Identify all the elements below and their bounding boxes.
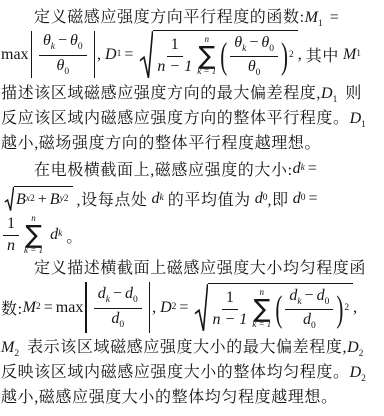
sigma-icon: ∑: [253, 298, 270, 319]
d-deviation-fraction: dk−d0 d0: [94, 285, 142, 330]
var-d: d: [125, 285, 133, 302]
var-d: d: [293, 160, 301, 178]
var-theta: θ: [70, 32, 78, 49]
radicand: 1 n − 1 n ∑ k = 1 ( θk−θ0 θ0 ) 2: [153, 30, 297, 80]
p1-desc1-text: 描述该区域磁感应强度方向的最大偏差程度,: [1, 85, 321, 102]
max-operator: max: [56, 299, 84, 317]
summation-lower-limit: k = 1: [197, 67, 216, 77]
sigma-icon: ∑: [198, 45, 215, 66]
theta-deviation-fraction: θk−θ0 θ0: [230, 34, 278, 79]
fraction-numerator: θk−θ0: [39, 32, 87, 56]
var-D: D: [156, 299, 172, 317]
var-d: d: [251, 190, 263, 208]
absolute-value-bar: [31, 31, 32, 78]
absolute-value-bar: [94, 31, 95, 78]
var-M: M: [23, 299, 36, 317]
var-M: M: [339, 46, 356, 64]
fraction-denominator: d0: [111, 309, 124, 331]
paragraph3-line1: 定义描述横截面上磁感应强度大小均匀程度函: [1, 256, 382, 281]
minus-operator: −: [302, 287, 317, 304]
equals-sign: =: [41, 299, 56, 317]
var-D: D: [347, 339, 359, 356]
summation: n ∑ k = 1: [197, 35, 216, 76]
paragraph1-line1: 定义磁感应强度方向平行程度的函数:M1 =: [1, 5, 382, 30]
subscript-0: 0: [119, 320, 124, 330]
subscript-1: 1: [333, 95, 338, 105]
theta-deviation-fraction: θk−θ0 θ0: [39, 32, 87, 77]
var-theta: θ: [248, 58, 256, 75]
var-theta: θ: [234, 34, 242, 51]
var-D: D: [101, 46, 117, 64]
equals-sign: =: [121, 46, 136, 64]
equals-sign: =: [305, 160, 320, 178]
subscript-0: 0: [311, 321, 316, 331]
subscript-0: 0: [269, 44, 274, 54]
subscript-0: 0: [78, 42, 83, 52]
parenthesized-squared-term: ( dk−d0 d0 ) 2: [274, 287, 349, 332]
among-which-text: 其中: [302, 43, 339, 66]
d-deviation-fraction: dk−d0 d0: [285, 287, 333, 332]
plus-operator: +: [35, 191, 50, 209]
radical-sign-icon: [194, 283, 208, 333]
radicand: Bx2 + By2: [14, 186, 73, 212]
formula-M1-D1: max θk−θ0 θ0 , D1 = 1 n − 1 n: [1, 31, 382, 78]
subscript-1: 1: [361, 120, 366, 130]
summation: n ∑ k = 1: [24, 214, 43, 255]
radicand: 1 n − 1 n ∑ k = 1 ( dk−d0 d0 ) 2: [208, 283, 353, 333]
subscript-2: 2: [14, 349, 19, 359]
p3-desc3-text: 越小,磁感应强度大小的整体均匀程度越理想。: [1, 389, 338, 406]
p2-mid1-text: ,设每点处: [73, 187, 148, 210]
paragraph3-line3: M2 表示该区域磁感应强度大小的最大偏差程度,D2: [1, 335, 382, 360]
right-parenthesis: ): [280, 38, 289, 75]
summation-lower-limit: k = 1: [252, 320, 271, 330]
var-d: d: [98, 285, 106, 302]
paragraph1-line4: 反应该区域内磁感应强度方向的整体平行程度。D1: [1, 106, 382, 131]
parenthesized-squared-term: ( θk−θ0 θ0 ) 2: [219, 34, 293, 79]
comma: ,: [353, 299, 357, 317]
fraction-denominator: n − 1: [212, 310, 247, 329]
var-M: M: [1, 339, 14, 356]
paragraph2-line3: 1 n n ∑ k = 1 dk 。: [1, 214, 382, 256]
subscript-2: 2: [359, 349, 364, 359]
exponent-2: 2: [344, 304, 349, 314]
sigma-icon: ∑: [25, 224, 42, 245]
absolute-value-bar: [85, 282, 86, 333]
paragraph2-line1: 在电极横截面上,磁感应强度的大小:dk =: [1, 156, 382, 181]
equals-sign: =: [305, 190, 320, 208]
summation-lower-limit: k = 1: [24, 246, 43, 256]
var-d: d: [303, 311, 311, 328]
var-theta: θ: [43, 32, 51, 49]
var-d: d: [148, 190, 160, 208]
exponent-2: 2: [289, 51, 294, 61]
var-d: d: [46, 226, 58, 244]
var-D: D: [350, 364, 362, 381]
p2-mid2-text: 的平均值为: [164, 187, 251, 210]
formula-M2-D2: 数: M2 = max dk−d0 d0 , D2 = 1 n − 1: [1, 282, 382, 333]
p1-desc3-text: 越小,磁场强度方向的整体平行程度越理想。: [1, 135, 321, 152]
exponent-2: 2: [64, 195, 69, 205]
var-d: d: [289, 190, 301, 208]
fraction-numerator: dk−d0: [94, 285, 142, 309]
absolute-value-content: θk−θ0 θ0: [37, 32, 89, 77]
var-D: D: [321, 85, 333, 102]
fraction-numerator: dk−d0: [285, 287, 333, 311]
square-root: 1 n − 1 n ∑ k = 1 ( dk−d0 d0 ) 2: [194, 283, 353, 333]
absolute-value-group: dk−d0 d0: [85, 282, 150, 333]
right-parenthesis: ): [335, 291, 344, 328]
var-d: d: [317, 287, 325, 304]
absolute-value-bar: [149, 282, 150, 333]
p2-mid3-text: ,即: [268, 187, 289, 210]
p1-desc1-tail-text: 则: [341, 85, 362, 102]
equals-sign: =: [176, 299, 191, 317]
p3-intro-text: 定义描述横截面上磁感应强度大小均匀程度函: [34, 260, 366, 277]
square-root: Bx2 + By2: [4, 186, 73, 212]
paragraph3-line5: 越小,磁感应强度大小的整体均匀程度越理想。: [1, 385, 382, 410]
subscript-2: 2: [361, 374, 366, 384]
square-root: 1 n − 1 n ∑ k = 1 ( θk−θ0 θ0 ) 2: [139, 30, 297, 80]
one-over-n-minus-1-fraction: 1 n − 1: [212, 289, 247, 330]
subscript-0: 0: [325, 297, 330, 307]
fraction-numerator: 1: [222, 289, 238, 310]
minus-operator: −: [246, 34, 261, 51]
p1-intro-text: 定义磁感应强度方向平行程度的函数:: [34, 9, 305, 26]
var-M: M: [305, 9, 318, 26]
paragraph3-line4: 反映该区域内磁感应强度大小的整体均匀程度。D2: [1, 360, 382, 385]
absolute-value-group: θk−θ0 θ0: [31, 31, 96, 78]
left-parenthesis: (: [219, 38, 228, 75]
scanned-paper-page: 定义磁感应强度方向平行程度的函数:M1 = max θk−θ0 θ0 , D1 …: [0, 0, 384, 416]
p2-intro-text: 在电极横截面上,磁感应强度的大小:: [34, 157, 293, 180]
subscript-0: 0: [133, 295, 138, 305]
radical-sign-icon: [4, 186, 14, 212]
absolute-value-content: dk−d0 d0: [92, 285, 144, 330]
one-over-n-minus-1-fraction: 1 n − 1: [157, 36, 192, 77]
max-operator: max: [1, 46, 29, 64]
var-B: B: [16, 191, 26, 209]
p1-desc2-text: 反应该区域内磁感应强度方向的整体平行程度。: [1, 110, 350, 127]
minus-operator: −: [110, 285, 125, 302]
p3-desc2-text: 反映该区域内磁感应强度大小的整体均匀程度。: [1, 364, 350, 381]
subscript-0: 0: [256, 68, 261, 78]
left-parenthesis: (: [274, 291, 283, 328]
radical-sign-icon: [139, 30, 153, 80]
fraction-denominator: n: [7, 236, 15, 255]
paragraph1-line5: 越小,磁场强度方向的整体平行程度越理想。: [1, 131, 382, 156]
subscript-1: 1: [356, 50, 361, 60]
subscript-1: 1: [318, 19, 323, 29]
paragraph2-line2: Bx2 + By2 ,设每点处 dk 的平均值为 d0 ,即 d0 =: [1, 183, 382, 214]
fraction-numerator: 1: [3, 215, 19, 236]
p3-intro2-text: 数:: [1, 296, 23, 319]
minus-operator: −: [55, 32, 70, 49]
fraction-numerator: θk−θ0: [230, 34, 278, 58]
subscript-0: 0: [64, 67, 69, 77]
var-B: B: [50, 191, 60, 209]
fraction-denominator: θ0: [56, 56, 69, 78]
p3-desc1-text: 表示该区域磁感应强度大小的最大偏差程度,: [23, 339, 347, 356]
summation: n ∑ k = 1: [252, 288, 271, 329]
one-over-n-fraction: 1 n: [3, 215, 19, 256]
subscript-k: k: [297, 297, 301, 307]
paragraph1-line3: 描述该区域磁感应强度方向的最大偏差程度,D1 则: [1, 81, 382, 106]
fraction-denominator: n − 1: [157, 57, 192, 76]
var-D: D: [350, 110, 362, 127]
fraction-denominator: d0: [303, 310, 316, 332]
fraction-denominator: θ0: [248, 57, 261, 79]
fraction-numerator: 1: [167, 36, 183, 57]
equals-sign: =: [327, 9, 342, 26]
period: 。: [62, 224, 83, 247]
